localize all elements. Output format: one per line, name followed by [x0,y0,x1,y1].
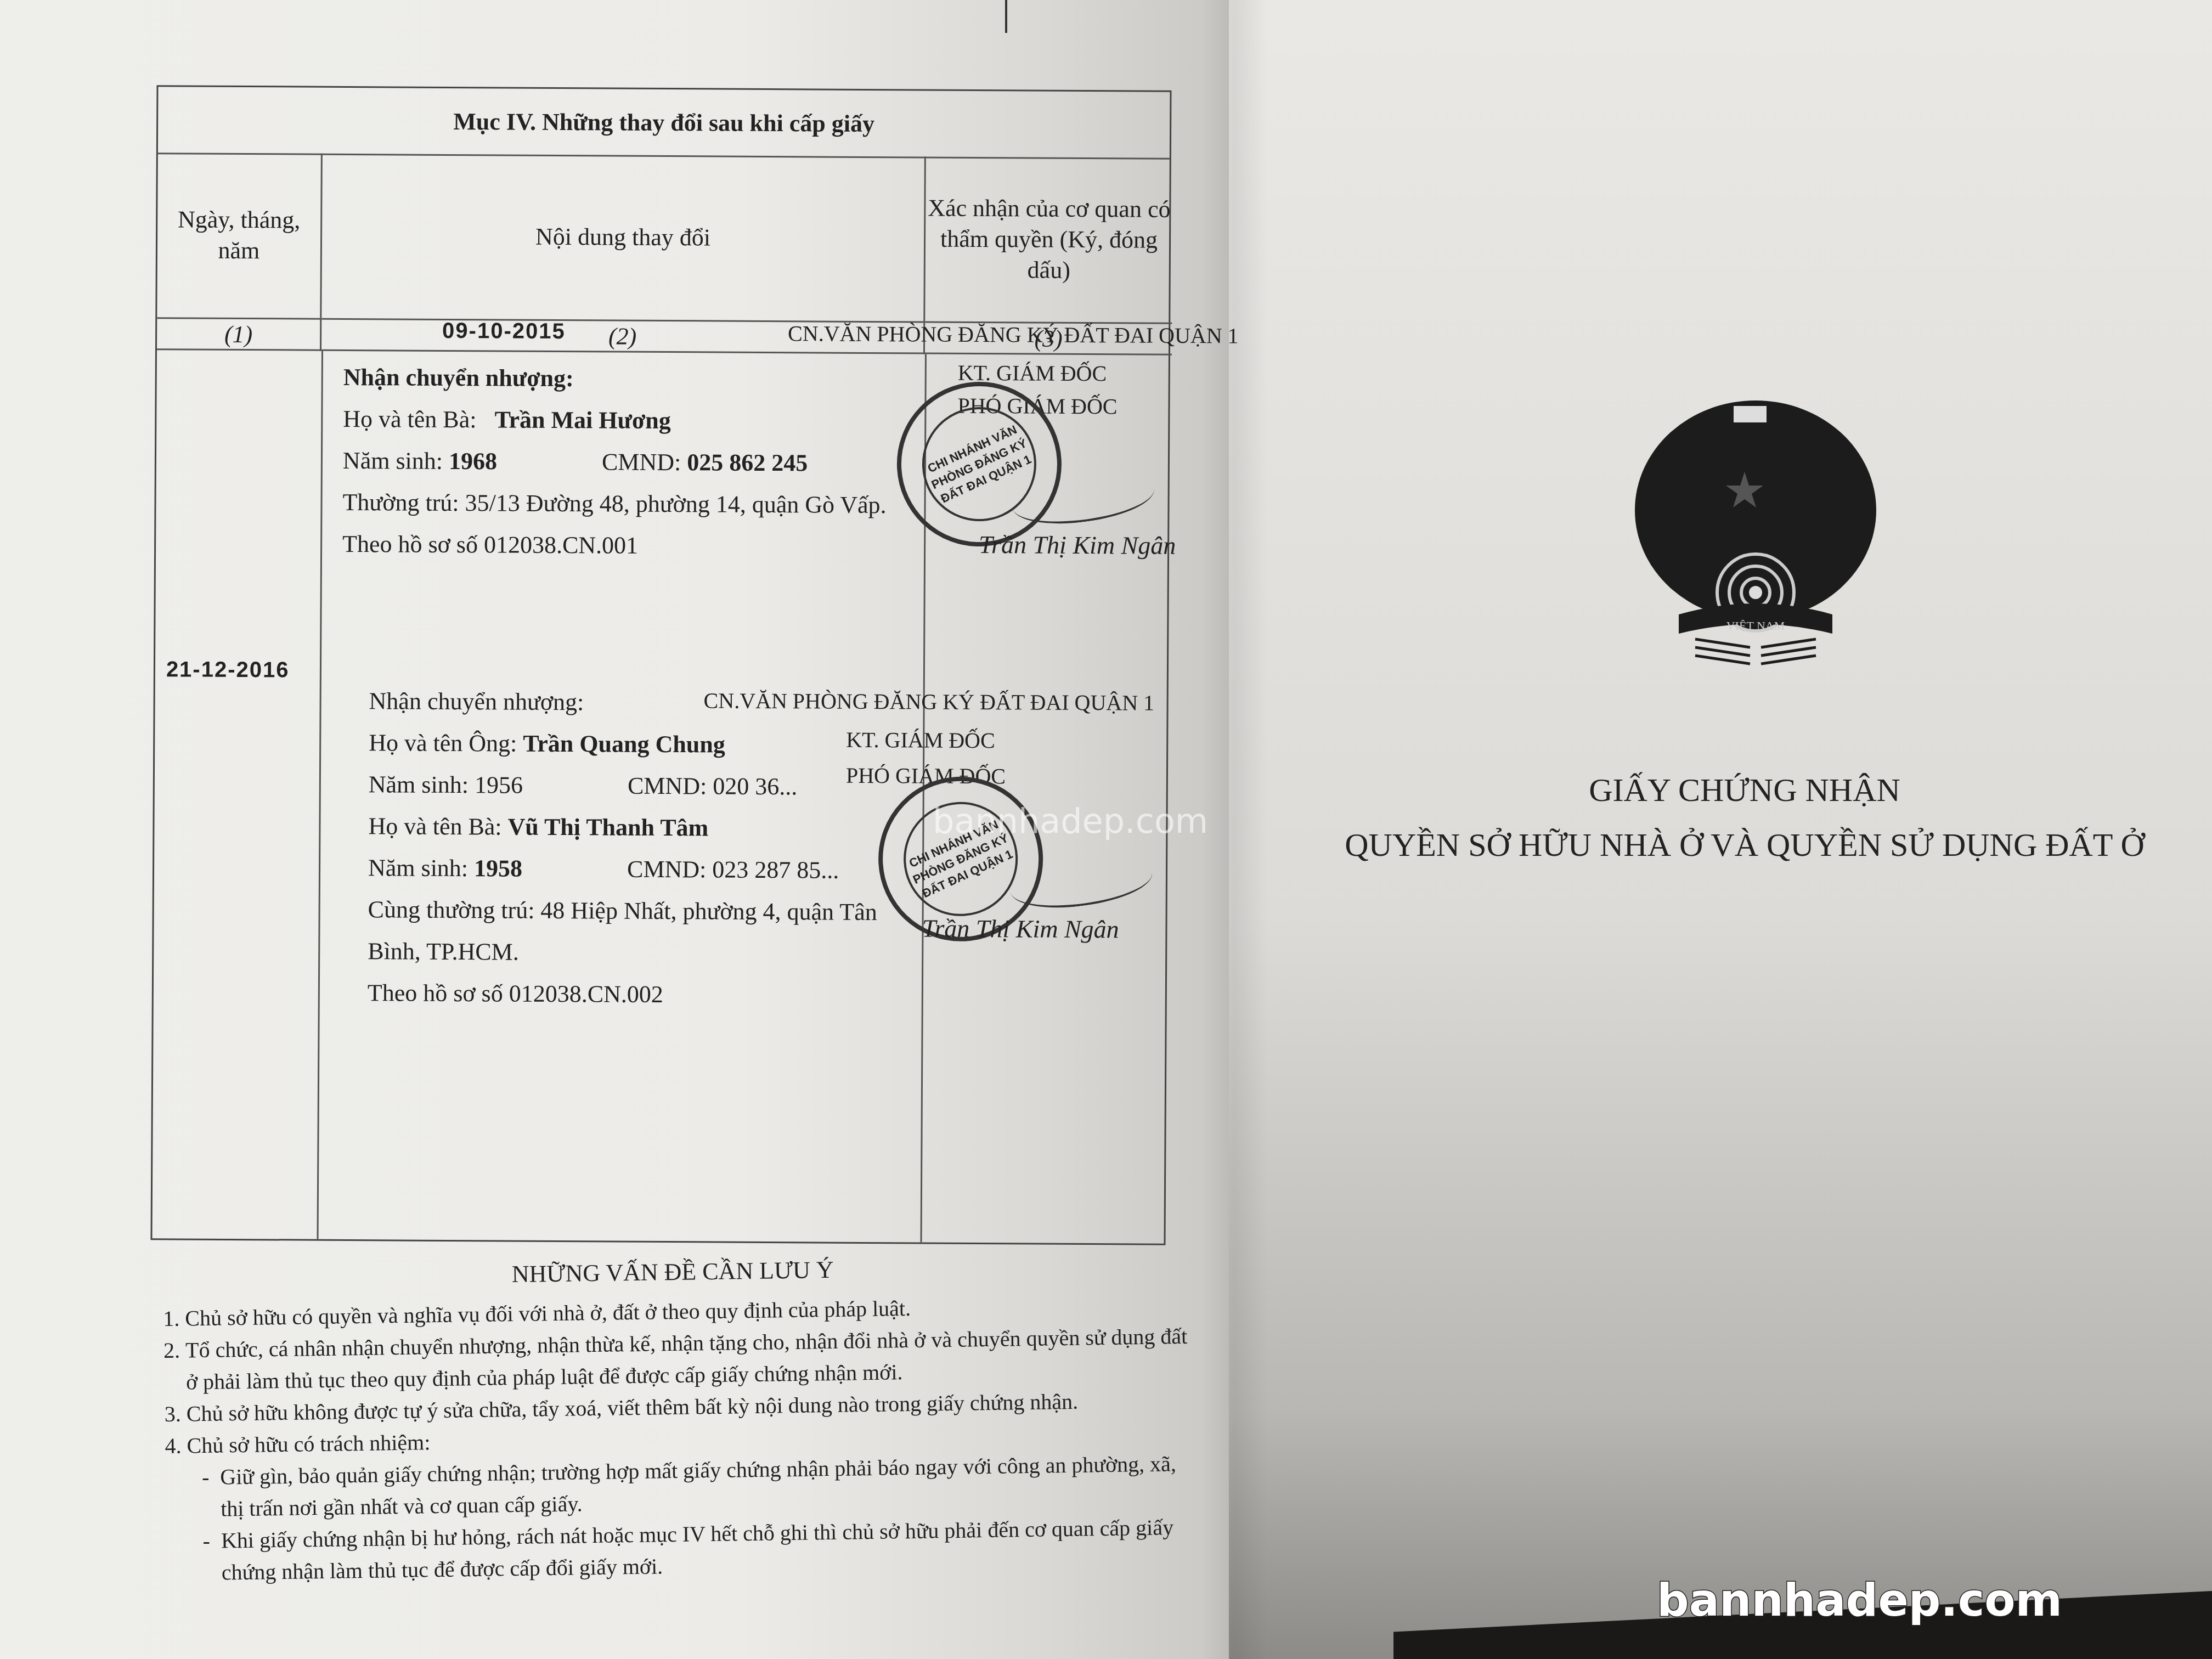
entry-2-birth1-year: 1956 [475,771,523,798]
note-subitem: Khi giấy chứng nhận bị hư hỏng, rách nát… [221,1511,1198,1589]
entry-2-name2-label: Họ và tên Bà: [368,812,501,840]
entry-2-name2: Vũ Thị Thanh Tâm [507,814,708,842]
entry-1-address: Thường trú: 35/13 Đường 48, phường 14, q… [342,482,924,527]
entry-2-address: Cùng thường trú: 48 Hiệp Nhất, phường 4,… [368,889,917,975]
entry-2-name1-label: Họ và tên Ông: [369,729,517,757]
pen-mark [1005,0,1007,33]
entry-2-heading: Nhận chuyển nhượng: [369,680,917,725]
entry-2-signer: Trần Thị Kim Ngân [922,913,1119,944]
certificate-title: GIẤY CHỨNG NHẬN QUYỀN SỞ HỮU NHÀ Ở VÀ QU… [1306,768,2183,867]
watermark-overlay: bannhadep.com [933,801,1208,841]
entry-1-birth-label: Năm sinh: [343,447,443,475]
entry-1-signer: Trần Thị Kim Ngân [979,530,1176,560]
entry-2-content: Nhận chuyển nhượng: Họ và tên Ông: Trần … [368,680,918,1017]
changes-table: Mục IV. Những thay đổi sau khi cấp giấy … [151,85,1172,1245]
watermark: bannhadep.com [1657,1575,2062,1627]
svg-text:VIỆT NAM: VIỆT NAM [1726,619,1785,633]
column-header-confirmation: Xác nhận của cơ quan có thẩm quyền (Ký, … [925,157,1173,323]
note-sublist: Giữ gìn, bảo quản giấy chứng nhận; trườn… [187,1448,1198,1589]
entry-2-id2-label: CMND: [627,856,707,883]
column-header-date: Ngày, tháng, năm [157,153,323,318]
certificate-title-line2: QUYỀN SỞ HỮU NHÀ Ở VÀ QUYỀN SỬ DỤNG ĐẤT … [1306,823,2183,867]
note-item-text: Chủ sở hữu có trách nhiệm: [187,1430,430,1458]
page-fold [1201,0,1267,1659]
column-divider [317,351,323,1239]
entry-1-id-number: 025 862 245 [687,449,808,476]
section-title: Mục IV. Những thay đổi sau khi cấp giấy [158,87,1170,160]
entry-1-heading: Nhận chuyển nhượng: [343,357,925,402]
entry-1-file-ref: Theo hồ sơ số 012038.CN.001 [342,523,924,568]
entry-2-birth1-label: Năm sinh: [369,771,469,798]
note-item: Chủ sở hữu có trách nhiệm: Giữ gìn, bảo … [187,1416,1198,1589]
entry-2-birth2-year: 1958 [474,855,522,882]
entry-1-date: 09-10-2015 [442,319,566,344]
entry-1-birth-year: 1968 [449,448,497,475]
column-header-content: Nội dung thay đổi [321,154,926,321]
certificate-title-line1: GIẤY CHỨNG NHẬN [1306,768,2183,812]
entry-1-name: Trần Mai Hương [494,406,671,434]
entry-1-content: Nhận chuyển nhượng: Họ và tên Bà: Trần M… [342,357,925,568]
column-number-1: (1) [157,317,321,351]
entry-1-office: CN.VĂN PHÒNG ĐĂNG KÝ ĐẤT ĐAI QUẬN 1 [788,320,1239,348]
notes-section: NHỮNG VẤN ĐỀ CẦN LƯU Ý Chủ sở hữu có quy… [151,1249,1198,1589]
entry-1-id-label: CMND: [602,448,681,476]
entry-2-id1-label: CMND: [628,772,707,800]
entry-1-name-label: Họ và tên Bà: [343,405,476,433]
entry-2-file-ref: Theo hồ sơ số 012038.CN.002 [368,972,916,1017]
entry-2-id2-number: 023 287 85... [712,856,839,883]
entry-2-birth2-label: Năm sinh: [368,854,468,882]
entry-2-name1: Trần Quang Chung [523,730,725,758]
entry-2-date: 21-12-2016 [166,657,290,682]
notes-list: Chủ sở hữu có quyền và nghĩa vụ đối với … [152,1289,1198,1589]
entry-2-id1-number: 020 36... [713,772,797,800]
national-emblem-icon: VIỆT NAM [1613,384,1898,669]
